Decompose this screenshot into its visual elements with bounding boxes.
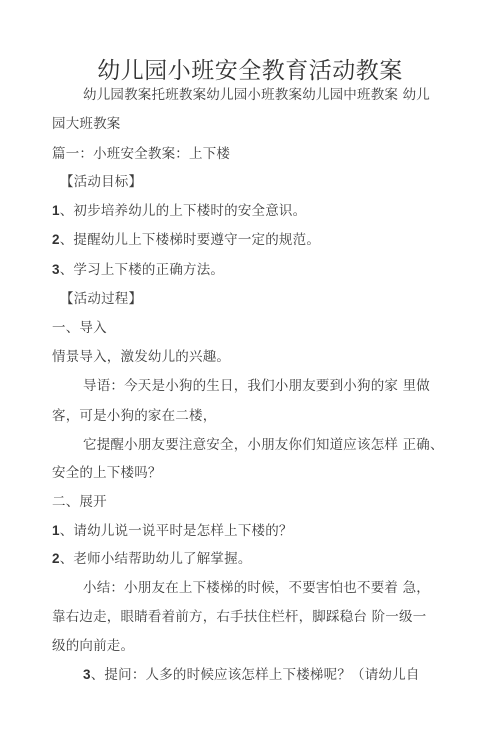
document-title: 幼儿园小班安全教育活动教案 [0,52,500,85]
document-page: 幼儿园小班安全教育活动教案 幼儿园教案托班教案幼儿园小班教案幼儿园中班教案 幼儿… [0,0,500,739]
paragraph-line: 客，可是小狗的家在二楼， [52,404,216,424]
goal-number: 1 [52,203,60,218]
goal-number: 2 [52,232,60,247]
paragraph-line: 安全的上下楼吗？ [52,461,162,481]
paragraph-line: 级的向前走。 [52,634,134,654]
section-heading: 篇一：小班安全教案：上下楼 [52,142,230,162]
goal-text: 、学习上下楼的正确方法。 [60,262,224,278]
paragraph-line: 导语：今天是小狗的生日，我们小朋友要到小狗的家 里做 [83,374,430,394]
intro-line-1: 幼儿园教案托班教案幼儿园小班教案幼儿园中班教案 幼儿 [83,83,430,103]
step-number: 3 [83,667,91,682]
step-number: 2 [52,551,60,566]
paragraph-line: 它提醒小朋友要注意安全，小朋友你们知道应该怎样 正确、 [83,433,444,453]
goal-item-3: 3、学习上下楼的正确方法。 [52,258,224,278]
step-item-1: 1、请幼儿说一说平时是怎样上下楼的？ [52,519,293,539]
step-heading-expand: 二、展开 [52,490,107,510]
step-number: 1 [52,523,60,538]
goal-number: 3 [52,262,60,277]
paragraph-line: 情景导入，激发幼儿的兴趣。 [52,345,230,365]
step-text: 、请幼儿说一说平时是怎样上下楼的？ [60,523,293,539]
step-heading-intro: 一、导入 [52,316,107,336]
goal-text: 、提醒幼儿上下楼梯时要遵守一定的规范。 [60,232,320,248]
paragraph-line: 靠右边走，眼睛看着前方，右手扶住栏杆，脚踩稳台 阶一级一 [52,605,426,625]
process-heading: 【活动过程】 [60,287,142,307]
goals-heading: 【活动目标】 [60,170,142,190]
step-text: 、提问：人多的时候应该怎样上下楼梯呢？（请幼儿自 [91,667,420,683]
step-text: 、老师小结帮助幼儿了解掌握。 [60,551,252,567]
step-item-2: 2、老师小结帮助幼儿了解掌握。 [52,547,252,567]
goal-item-1: 1、初步培养幼儿的上下楼时的安全意识。 [52,199,306,219]
paragraph-line: 小结：小朋友在上下楼梯的时候，不要害怕也不要着 急， [83,576,430,596]
step-item-3: 3、提问：人多的时候应该怎样上下楼梯呢？（请幼儿自 [83,663,420,683]
goal-text: 、初步培养幼儿的上下楼时的安全意识。 [60,203,307,219]
intro-line-2: 园大班教案 [52,112,121,132]
goal-item-2: 2、提醒幼儿上下楼梯时要遵守一定的规范。 [52,228,320,248]
